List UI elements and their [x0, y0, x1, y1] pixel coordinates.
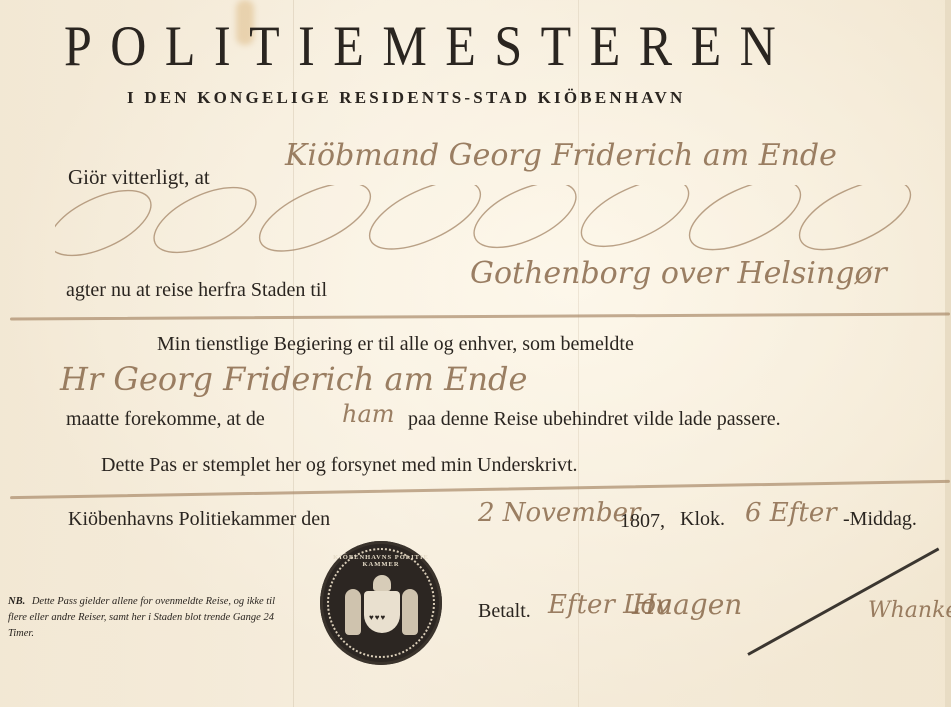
printed-line-5b: paa denne Reise ubehindret vilde lade pa… [408, 408, 781, 431]
printed-klok: Klok. [680, 508, 725, 531]
nb-text: Dette Pass gielder allene for ovenmeldte… [8, 596, 275, 639]
printed-line-7a: Kiöbenhavns Politiekammer den [68, 508, 330, 531]
handwritten-destination: Gothenborg over Helsingør [470, 256, 887, 291]
signature-right: Whanke [868, 598, 951, 623]
flourish-loops [55, 185, 945, 265]
document-title: POLITIEMESTEREN [64, 12, 904, 79]
printed-line-6: Dette Pas er stemplet her og forsynet me… [101, 454, 578, 477]
document-subtitle: I DEN KONGELIGE RESIDENTS-STAD KIÖBENHAV… [127, 88, 686, 108]
handwritten-date: 2 November [478, 498, 640, 528]
hearts-icon: ♥♥♥ [369, 613, 386, 622]
printed-line-5a: maatte forekomme, at de [66, 408, 265, 431]
lion-icon [345, 589, 361, 635]
handwritten-name: Kiöbmand Georg Friderich am Ende [285, 138, 837, 173]
lion-icon [402, 589, 418, 635]
printed-line-2: agter nu at reise herfra Staden til [66, 279, 327, 302]
betalt-label: Betalt. [478, 600, 531, 623]
printed-year: 1807, [620, 510, 665, 533]
nb-note: NB. Dette Pass gielder allene for ovenme… [8, 594, 278, 642]
nb-label: NB. [8, 596, 25, 607]
printed-line-3: Min tienstlige Begiering er til alle og … [157, 333, 634, 356]
police-seal: KIÖBENHAVNS POLITIE KAMMER ♥♥♥ [320, 541, 442, 665]
handwritten-name-repeat: Hr Georg Friderich am Ende [60, 360, 527, 398]
handwritten-pronoun: ham [342, 400, 395, 428]
signature-police: Haagen [632, 588, 742, 621]
shield-icon [364, 591, 400, 633]
printed-line-7b: -Middag. [843, 508, 917, 531]
helmet-icon [373, 575, 391, 591]
handwritten-time: 6 Efter [745, 498, 837, 528]
seal-text: KIÖBENHAVNS POLITIE KAMMER [320, 554, 442, 568]
